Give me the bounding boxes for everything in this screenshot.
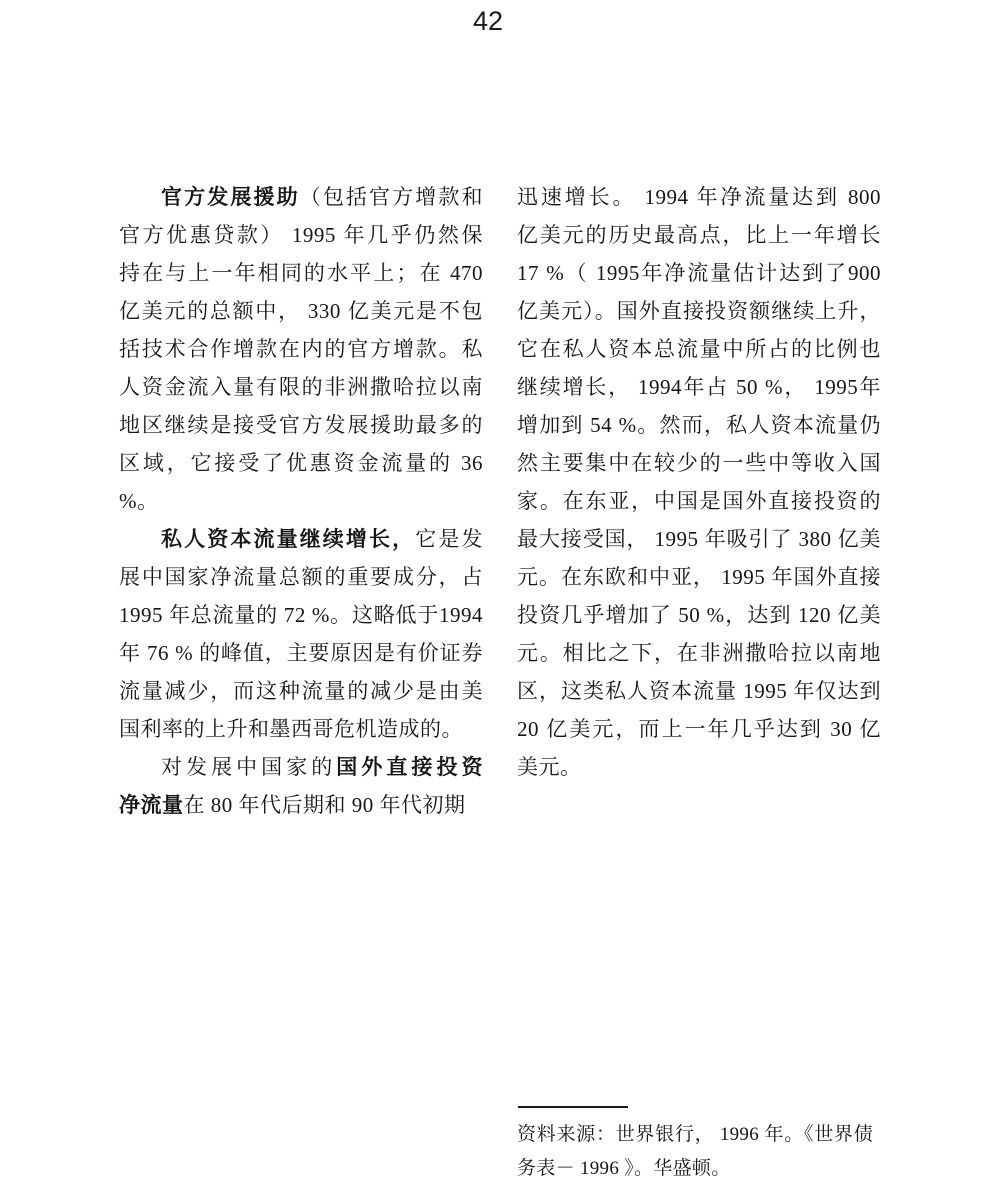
text-line: 亿美元的历史最高点，比上一年增长 <box>517 216 881 254</box>
text-line: 它在私人资本总流量中所占的比例也 <box>517 330 881 368</box>
text-line: %。 <box>119 482 483 520</box>
text-line: 家。在东亚，中国是国外直接投资的 <box>517 482 881 520</box>
text-line: 美元。 <box>517 748 881 786</box>
text-line: 对发展中国家的国外直接投资 <box>119 748 483 786</box>
text-line: 资料来源：世界银行， 1996 年。《世界债 <box>517 1118 873 1152</box>
text-line: 流量减少，而这种流量的减少是由美 <box>119 672 483 710</box>
text-line: 务表－ 1996 》。华盛顿。 <box>517 1152 873 1186</box>
text-line: 亿美元的总额中， 330 亿美元是不包 <box>119 292 483 330</box>
text-line: 投资几乎增加了 50 %，达到 120 亿美 <box>517 596 881 634</box>
text-line: 展中国家净流量总额的重要成分，占 <box>119 558 483 596</box>
text-line: 国利率的上升和墨西哥危机造成的。 <box>119 710 483 748</box>
document-page: 42 官方发展援助（包括官方增款和官方优惠贷款） 1995 年几乎仍然保持在与上… <box>0 0 1000 1200</box>
left-column: 官方发展援助（包括官方增款和官方优惠贷款） 1995 年几乎仍然保持在与上一年相… <box>119 178 483 824</box>
footnote-divider <box>518 1106 628 1108</box>
text-line: 私人资本流量继续增长，它是发 <box>119 520 483 558</box>
text-line: 年 76 % 的峰值，主要原因是有价证券 <box>119 634 483 672</box>
text-line: 继续增长， 1994年占 50 %， 1995年 <box>517 368 881 406</box>
text-line: 迅速增长。 1994 年净流量达到 800 <box>517 178 881 216</box>
text-line: 增加到 54 %。然而，私人资本流量仍 <box>517 406 881 444</box>
text-line: 区，这类私人资本流量 1995 年仅达到 <box>517 672 881 710</box>
text-line: 括技术合作增款在内的官方增款。私 <box>119 330 483 368</box>
text-line: 区域，它接受了优惠资金流量的 36 <box>119 444 483 482</box>
text-line: 官方发展援助（包括官方增款和 <box>119 178 483 216</box>
text-line: 然主要集中在较少的一些中等收入国 <box>517 444 881 482</box>
footnote: 资料来源：世界银行， 1996 年。《世界债务表－ 1996 》。华盛顿。 <box>517 1118 873 1186</box>
text-line: 亿美元）。国外直接投资额继续上升， <box>517 292 881 330</box>
text-line: 元。在东欧和中亚， 1995 年国外直接 <box>517 558 881 596</box>
right-column: 迅速增长。 1994 年净流量达到 800亿美元的历史最高点，比上一年增长17 … <box>517 178 881 786</box>
text-line: 净流量在 80 年代后期和 90 年代初期 <box>119 786 483 824</box>
text-line: 1995 年总流量的 72 %。这略低于1994 <box>119 596 483 634</box>
page-number: 42 <box>455 6 521 37</box>
text-line: 最大接受国， 1995 年吸引了 380 亿美 <box>517 520 881 558</box>
text-line: 人资金流入量有限的非洲撒哈拉以南 <box>119 368 483 406</box>
text-line: 地区继续是接受官方发展援助最多的 <box>119 406 483 444</box>
text-line: 持在与上一年相同的水平上；在 470 <box>119 254 483 292</box>
text-line: 20 亿美元，而上一年几乎达到 30 亿 <box>517 710 881 748</box>
text-line: 官方优惠贷款） 1995 年几乎仍然保 <box>119 216 483 254</box>
text-line: 元。相比之下，在非洲撒哈拉以南地 <box>517 634 881 672</box>
text-line: 17 %（ 1995年净流量估计达到了900 <box>517 254 881 292</box>
